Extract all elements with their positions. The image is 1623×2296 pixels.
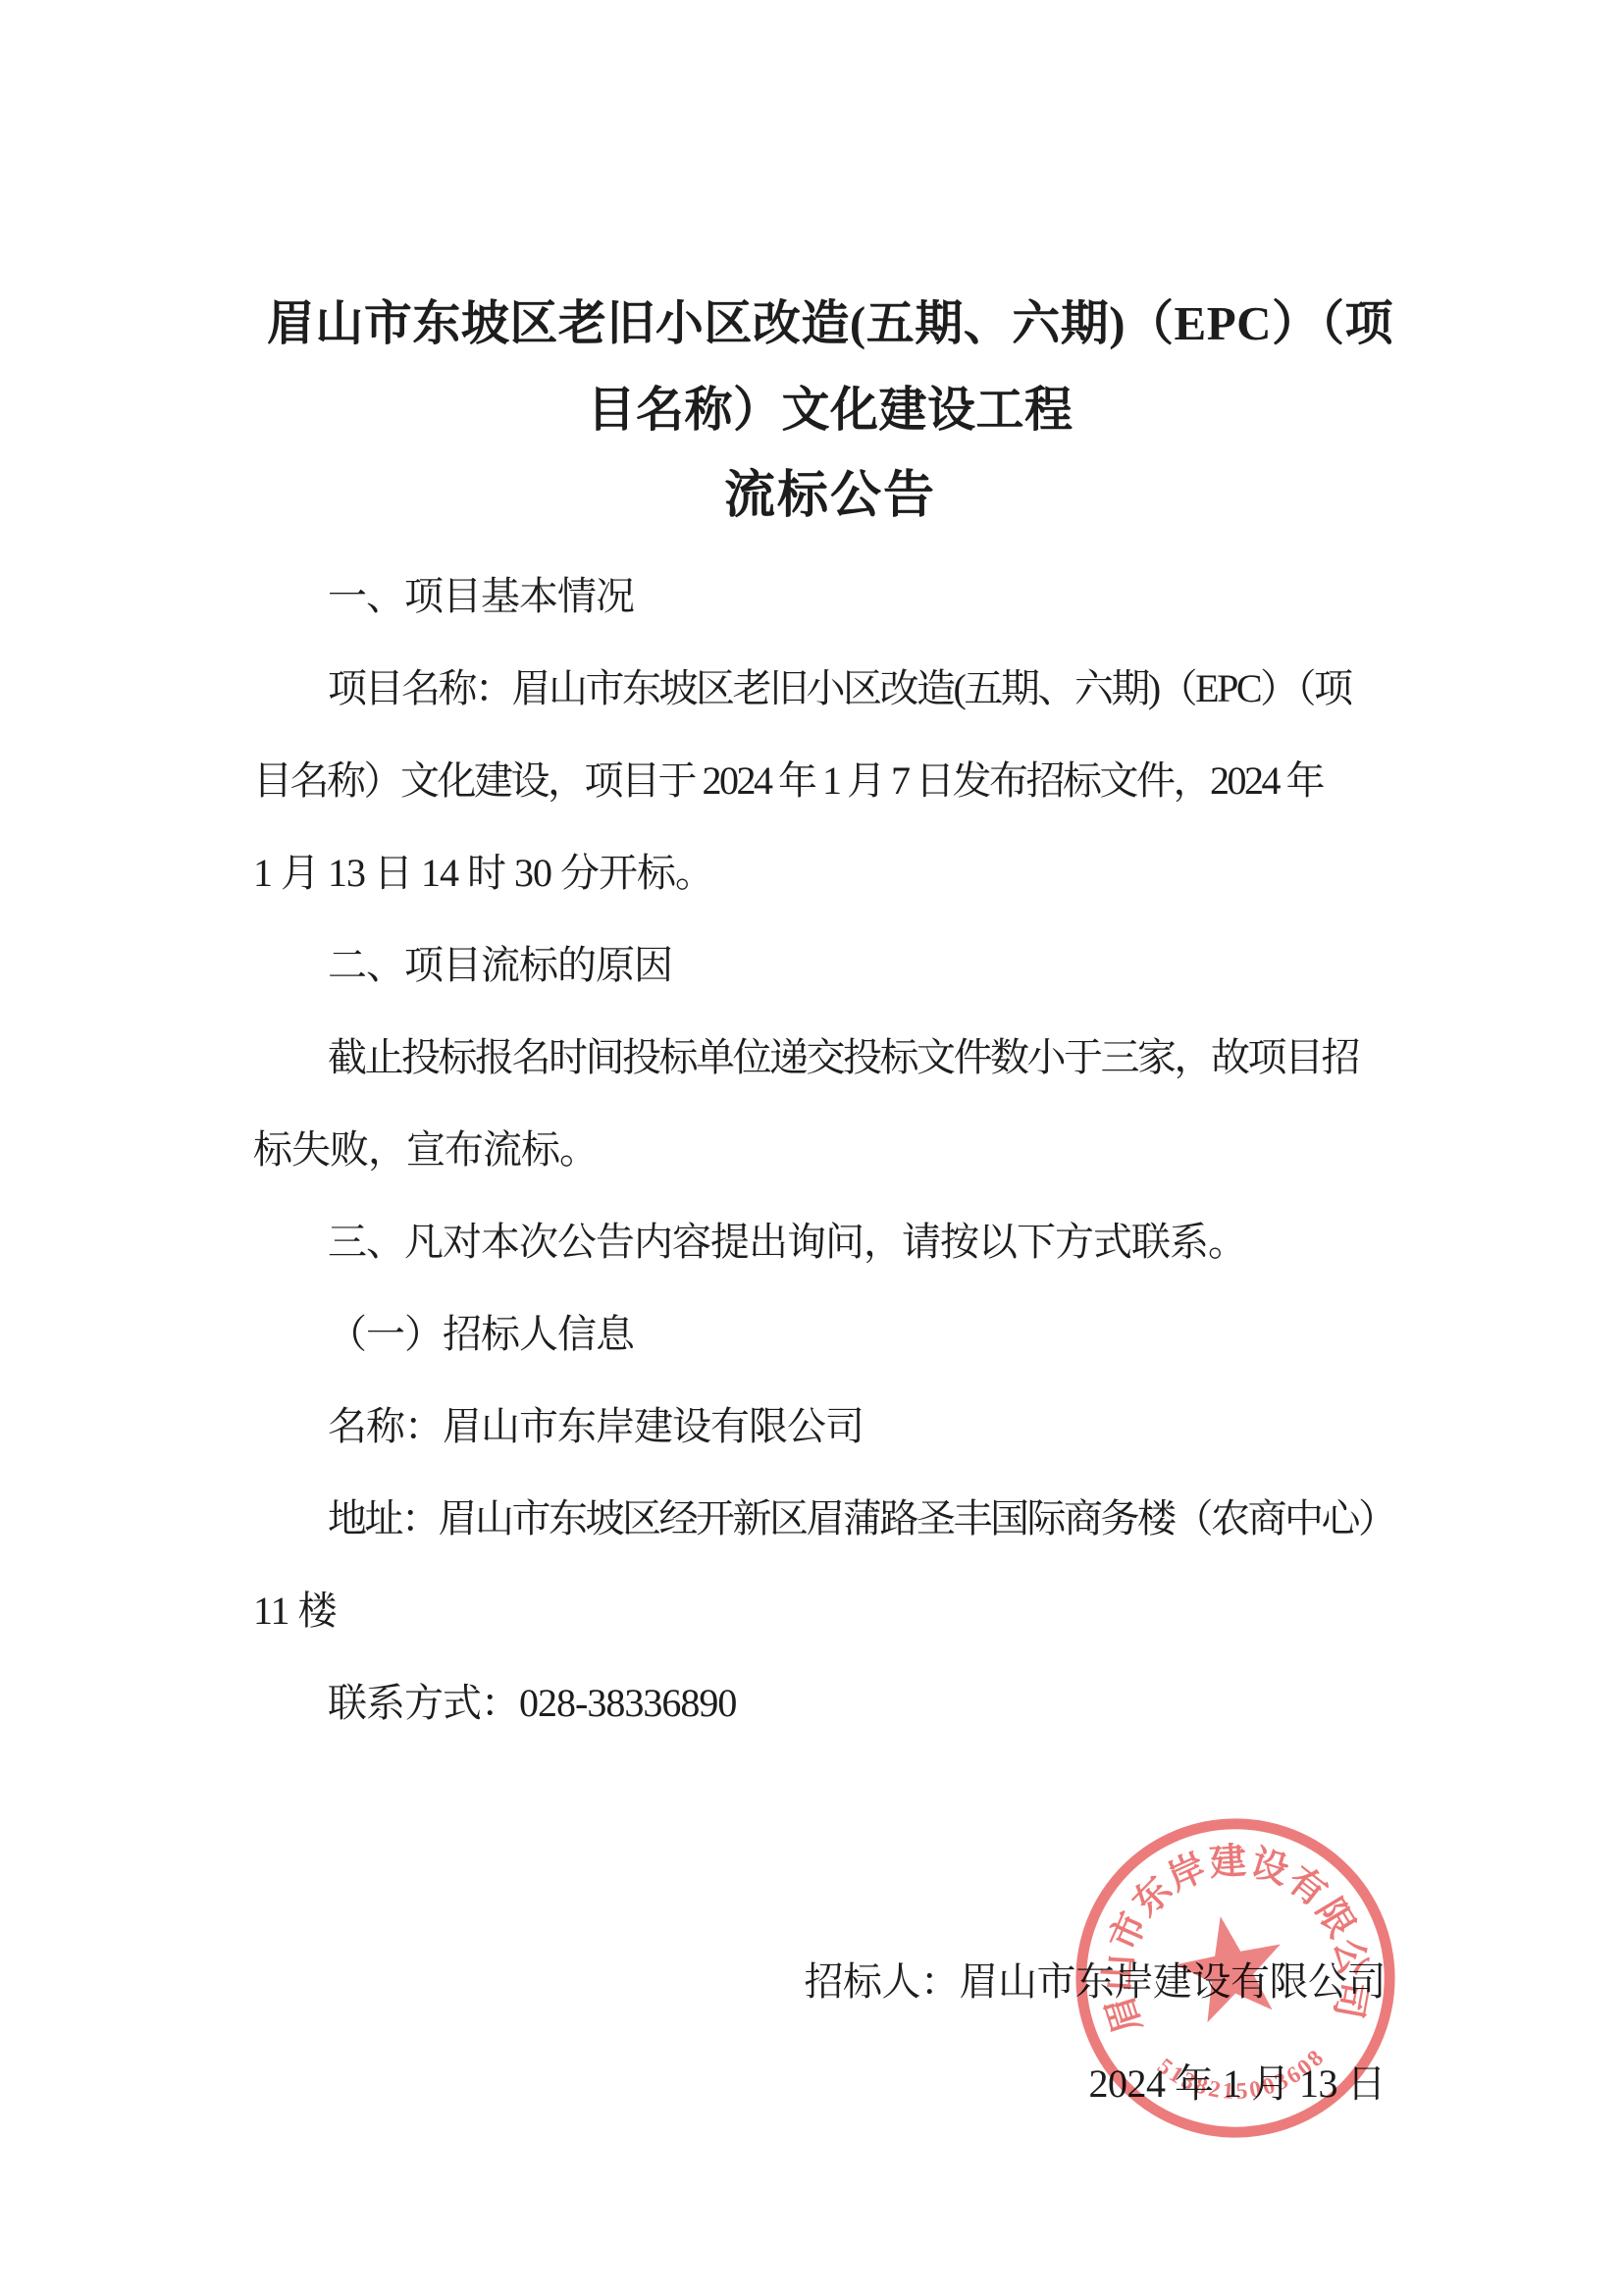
bidder-address-line-2: 11 楼 bbox=[253, 1565, 1407, 1657]
title-line-2: 目名称）文化建设工程 bbox=[253, 367, 1407, 453]
company-seal-stamp: 眉山市东岸建设有限公司 5138215003608 bbox=[1062, 1804, 1408, 2151]
seal-serial-number: 5138215003608 bbox=[1151, 2045, 1331, 2109]
document-subtitle: 流标公告 bbox=[253, 453, 1407, 540]
seal-star-icon bbox=[1168, 1906, 1292, 2027]
bidder-info-heading: （一）招标人信息 bbox=[253, 1288, 1407, 1381]
section-2-paragraph-line-1: 截止投标报名时间投标单位递交投标文件数小于三家，故项目招 bbox=[253, 1012, 1407, 1104]
section-1-paragraph-line-2: 目名称）文化建设，项目于 2024 年 1 月 7 日发布招标文件，2024 年 bbox=[253, 735, 1407, 827]
section-1-paragraph-line-3: 1 月 13 日 14 时 30 分开标。 bbox=[253, 827, 1407, 919]
document-body: 一、项目基本情况 项目名称：眉山市东坡区老旧小区改造(五期、六期)（EPC）（项… bbox=[253, 550, 1407, 1749]
section-1-paragraph-line-1: 项目名称：眉山市东坡区老旧小区改造(五期、六期)（EPC）（项 bbox=[253, 643, 1407, 735]
section-2-paragraph-line-2: 标失败，宣布流标。 bbox=[253, 1104, 1407, 1196]
bidder-name-line: 名称：眉山市东岸建设有限公司 bbox=[253, 1381, 1407, 1473]
section-3-heading: 三、凡对本次公告内容提出询问，请按以下方式联系。 bbox=[253, 1196, 1407, 1288]
document-page: 眉山市东坡区老旧小区改造(五期、六期)（EPC）（项 目名称）文化建设工程 流标… bbox=[0, 0, 1623, 2296]
document-title: 眉山市东坡区老旧小区改造(五期、六期)（EPC）（项 目名称）文化建设工程 流标… bbox=[253, 281, 1407, 540]
title-line-1: 眉山市东坡区老旧小区改造(五期、六期)（EPC）（项 bbox=[253, 281, 1407, 367]
bidder-contact-line: 联系方式：028-38336890 bbox=[253, 1657, 1407, 1749]
section-1-heading: 一、项目基本情况 bbox=[253, 550, 1407, 643]
bidder-address-line-1: 地址：眉山市东坡区经开新区眉蒲路圣丰国际商务楼（农商中心） bbox=[253, 1473, 1407, 1565]
section-2-heading: 二、项目流标的原因 bbox=[253, 919, 1407, 1012]
